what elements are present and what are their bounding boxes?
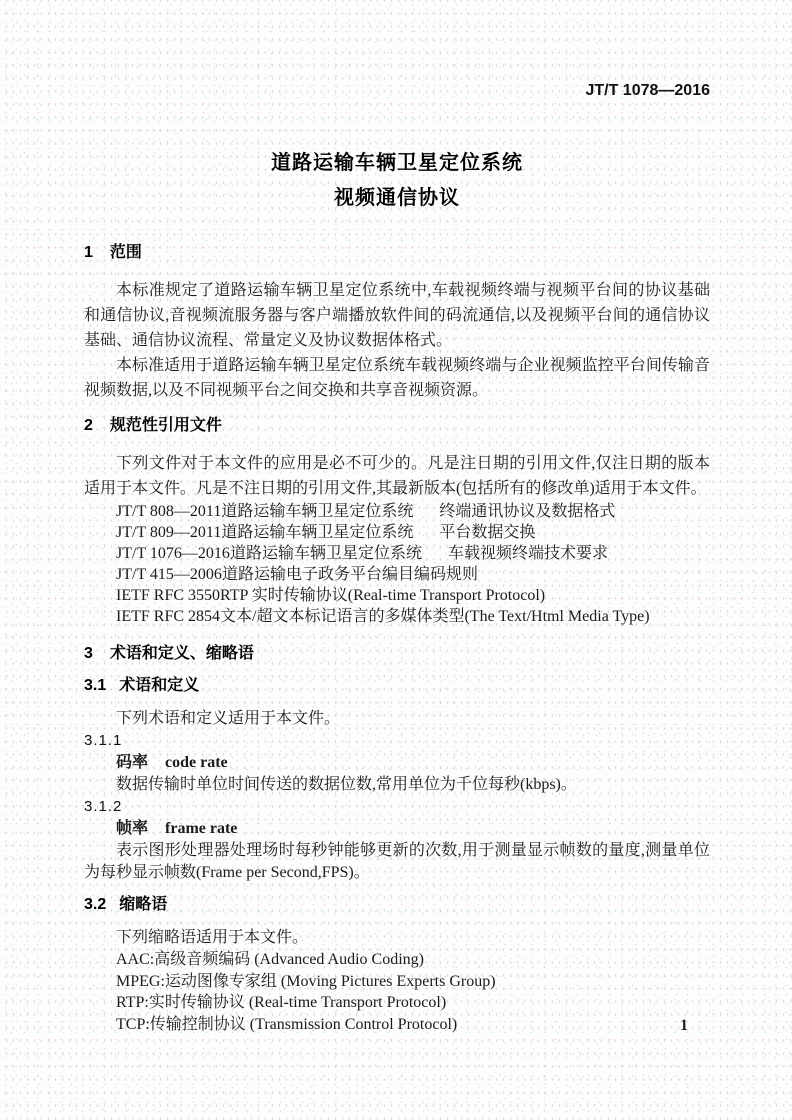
section-1-number: 1 xyxy=(84,244,93,261)
document-title: 道路运输车辆卫星定位系统 视频通信协议 xyxy=(84,146,710,216)
section-3-1-heading: 3.1术语和定义 xyxy=(84,677,710,695)
reference-title: 道路运输电子政务平台编目编码规则 xyxy=(222,566,478,583)
section-1-title: 范围 xyxy=(110,244,142,261)
term-name-en: frame rate xyxy=(165,820,237,837)
document-title-line1: 道路运输车辆卫星定位系统 xyxy=(84,146,710,181)
term-name: 帧率frame rate xyxy=(84,818,710,840)
reference-title: 道路运输车辆卫星定位系统 xyxy=(221,503,413,520)
term-definition: 表示图形处理器处理场时每秒钟能够更新的次数,用于测量显示帧数的量度,测量单位为每… xyxy=(84,840,710,884)
section-3-2-heading: 3.2缩略语 xyxy=(84,896,710,914)
reference-code: IETF RFC 2854 xyxy=(116,606,220,627)
doc-number: JT/T 1078—2016 xyxy=(84,82,710,100)
reference-part: 平台数据交换 xyxy=(439,524,535,541)
reference-list: JT/T 808—2011道路运输车辆卫星定位系统终端通讯协议及数据格式 JT/… xyxy=(84,501,710,627)
reference-code: JT/T 809—2011 xyxy=(116,522,221,543)
reference-item: JT/T 809—2011道路运输车辆卫星定位系统平台数据交换 xyxy=(84,522,710,543)
term-definition: 数据传输时单位时间传送的数据位数,常用单位为千位每秒(kbps)。 xyxy=(84,774,710,796)
abbreviation-item: MPEG:运动图像专家组 (Moving Pictures Experts Gr… xyxy=(84,971,710,993)
reference-code: IETF RFC 3550 xyxy=(116,585,220,606)
paragraph: 本标准规定了道路运输车辆卫星定位系统中,车载视频终端与视频平台间的协议基础和通信… xyxy=(84,278,710,353)
reference-code: JT/T 415—2006 xyxy=(116,564,222,585)
section-3-1-title: 术语和定义 xyxy=(119,677,199,694)
section-2-heading: 2规范性引用文件 xyxy=(84,417,710,435)
abbrev-intro: 下列缩略语适用于本文件。 xyxy=(84,927,710,949)
abbreviation-list: AAC:高级音频编码 (Advanced Audio Coding) MPEG:… xyxy=(84,949,710,1035)
reference-title: RTP 实时传输协议(Real-time Transport Protocol) xyxy=(220,587,545,604)
section-3-2-title: 缩略语 xyxy=(119,896,167,913)
term-entry: 3.1.2 帧率frame rate 表示图形处理器处理场时每秒钟能够更新的次数… xyxy=(84,796,710,884)
document-page: JT/T 1078—2016 道路运输车辆卫星定位系统 视频通信协议 1范围 本… xyxy=(0,0,792,1120)
section-1-heading: 1范围 xyxy=(84,244,710,262)
term-number: 3.1.1 xyxy=(84,730,710,752)
abbreviation-item: TCP:传输控制协议 (Transmission Control Protoco… xyxy=(84,1014,710,1036)
reference-item: JT/T 808—2011道路运输车辆卫星定位系统终端通讯协议及数据格式 xyxy=(84,501,710,522)
reference-item: IETF RFC 3550RTP 实时传输协议(Real-time Transp… xyxy=(84,585,710,606)
section-3-number: 3 xyxy=(84,645,93,662)
section-3-2-number: 3.2 xyxy=(84,896,106,913)
abbreviation-item: RTP:实时传输协议 (Real-time Transport Protocol… xyxy=(84,992,710,1014)
section-2-intro: 下列文件对于本文件的应用是必不可少的。凡是注日期的引用文件,仅注日期的版本适用于… xyxy=(84,451,710,501)
term-name-zh: 码率 xyxy=(116,754,148,771)
page-content: JT/T 1078—2016 道路运输车辆卫星定位系统 视频通信协议 1范围 本… xyxy=(84,0,710,1035)
abbreviation-item: AAC:高级音频编码 (Advanced Audio Coding) xyxy=(84,949,710,971)
section-1-body: 本标准规定了道路运输车辆卫星定位系统中,车载视频终端与视频平台间的协议基础和通信… xyxy=(84,278,710,403)
document-title-line2: 视频通信协议 xyxy=(84,181,710,216)
reference-part: 车载视频终端技术要求 xyxy=(448,545,608,562)
reference-item: JT/T 415—2006道路运输电子政务平台编目编码规则 xyxy=(84,564,710,585)
reference-item: JT/T 1076—2016道路运输车辆卫星定位系统车载视频终端技术要求 xyxy=(84,543,710,564)
term-entry: 3.1.1 码率code rate 数据传输时单位时间传送的数据位数,常用单位为… xyxy=(84,730,710,796)
terms-intro: 下列术语和定义适用于本文件。 xyxy=(84,708,710,730)
term-name-en: code rate xyxy=(165,754,228,771)
reference-part: 终端通讯协议及数据格式 xyxy=(439,503,615,520)
section-3-1-number: 3.1 xyxy=(84,677,106,694)
page-number: 1 xyxy=(680,1017,688,1035)
section-3-heading: 3术语和定义、缩略语 xyxy=(84,645,710,663)
reference-code: JT/T 808—2011 xyxy=(116,501,221,522)
reference-item: IETF RFC 2854文本/超文本标记语言的多媒体类型(The Text/H… xyxy=(84,606,710,627)
section-2-number: 2 xyxy=(84,417,93,434)
term-name: 码率code rate xyxy=(84,752,710,774)
section-3-title: 术语和定义、缩略语 xyxy=(110,645,254,662)
reference-title: 道路运输车辆卫星定位系统 xyxy=(221,524,413,541)
reference-code: JT/T 1076—2016 xyxy=(116,543,230,564)
reference-title: 文本/超文本标记语言的多媒体类型(The Text/Html Media Typ… xyxy=(220,608,650,625)
term-number: 3.1.2 xyxy=(84,796,710,818)
section-2-title: 规范性引用文件 xyxy=(110,417,222,434)
paragraph: 本标准适用于道路运输车辆卫星定位系统车载视频终端与企业视频监控平台间传输音视频数… xyxy=(84,353,710,403)
term-name-zh: 帧率 xyxy=(116,820,148,837)
reference-title: 道路运输车辆卫星定位系统 xyxy=(230,545,422,562)
